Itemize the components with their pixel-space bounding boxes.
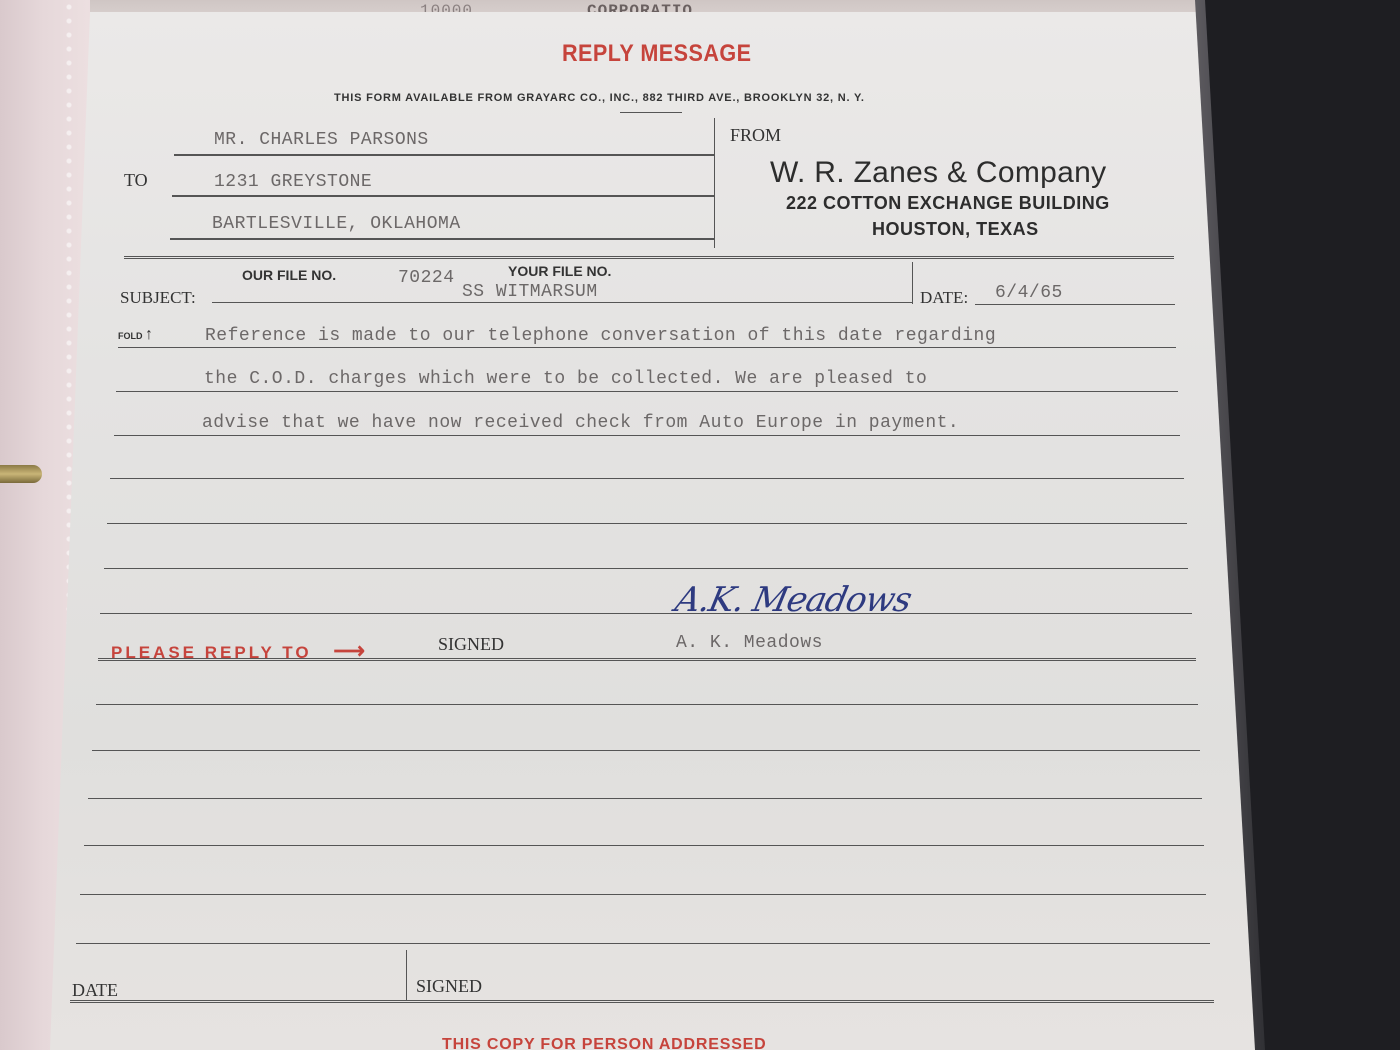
to-line-1: [174, 154, 714, 156]
rule-6: [104, 568, 1188, 569]
from-address-1: 222 COTTON EXCHANGE BUILDING: [786, 193, 1110, 214]
from-address-2: HOUSTON, TEXAS: [872, 219, 1039, 240]
subject-label: SUBJECT:: [120, 288, 196, 308]
reply-rule-6: [76, 943, 1210, 944]
rule-2: [116, 391, 1178, 392]
rule-1: [118, 347, 1176, 348]
reply-divider: [98, 658, 1196, 663]
to-label: TO: [124, 170, 148, 191]
rule-7: [100, 613, 1192, 614]
to-name: MR. CHARLES PARSONS: [214, 130, 429, 150]
form-source-line: THIS FORM AVAILABLE FROM GRAYARC CO., IN…: [334, 92, 865, 104]
message-line-3: advise that we have now received check f…: [202, 413, 959, 433]
message-line-1: Reference is made to our telephone conve…: [205, 326, 996, 346]
reply-rule-3: [88, 798, 1202, 799]
from-company: W. R. Zanes & Company: [770, 156, 1106, 190]
footer-divider: [406, 950, 407, 1000]
message-line-2: the C.O.D. charges which were to be coll…: [204, 369, 927, 389]
form-title: REPLY MESSAGE: [562, 40, 752, 68]
from-label: FROM: [730, 125, 781, 146]
signer-typed-name: A. K. Meadows: [676, 633, 823, 653]
reply-rule-5: [80, 894, 1206, 895]
date-line: [975, 304, 1175, 305]
rule-4: [110, 478, 1184, 479]
date-value: 6/4/65: [995, 283, 1063, 303]
subject-value: SS WITMARSUM: [462, 282, 598, 302]
fold-label: FOLD ↑: [118, 326, 153, 344]
reply-rule-1: [96, 704, 1198, 705]
date-label: DATE:: [920, 288, 968, 308]
to-street: 1231 GREYSTONE: [214, 172, 372, 192]
date-divider: [912, 262, 913, 304]
subject-line: [212, 302, 912, 303]
reply-signed-label: SIGNED: [416, 976, 482, 997]
to-city: BARTLESVILLE, OKLAHOMA: [212, 214, 461, 234]
divider: [620, 112, 682, 113]
binder-ring: [0, 465, 42, 483]
our-file-label: OUR FILE NO.: [242, 267, 336, 283]
our-file-value: 70224: [398, 268, 455, 288]
copy-note: THIS COPY FOR PERSON ADDRESSED: [442, 1036, 767, 1050]
rule-3: [114, 435, 1180, 436]
handwritten-signature: A.K. Meadows: [672, 580, 915, 620]
your-file-label: YOUR FILE NO.: [508, 263, 611, 279]
to-line-2: [172, 195, 714, 197]
rule-5: [107, 523, 1187, 524]
signed-label: SIGNED: [438, 634, 504, 655]
fold-arrow-icon: ↑: [145, 326, 153, 343]
reply-rule-4: [84, 845, 1204, 846]
reply-date-label: DATE: [72, 980, 118, 1001]
footer-rule: [70, 1000, 1214, 1005]
reply-rule-2: [92, 750, 1200, 751]
to-from-divider: [714, 118, 715, 248]
to-line-3: [170, 238, 714, 240]
header-divider: [124, 256, 1174, 261]
